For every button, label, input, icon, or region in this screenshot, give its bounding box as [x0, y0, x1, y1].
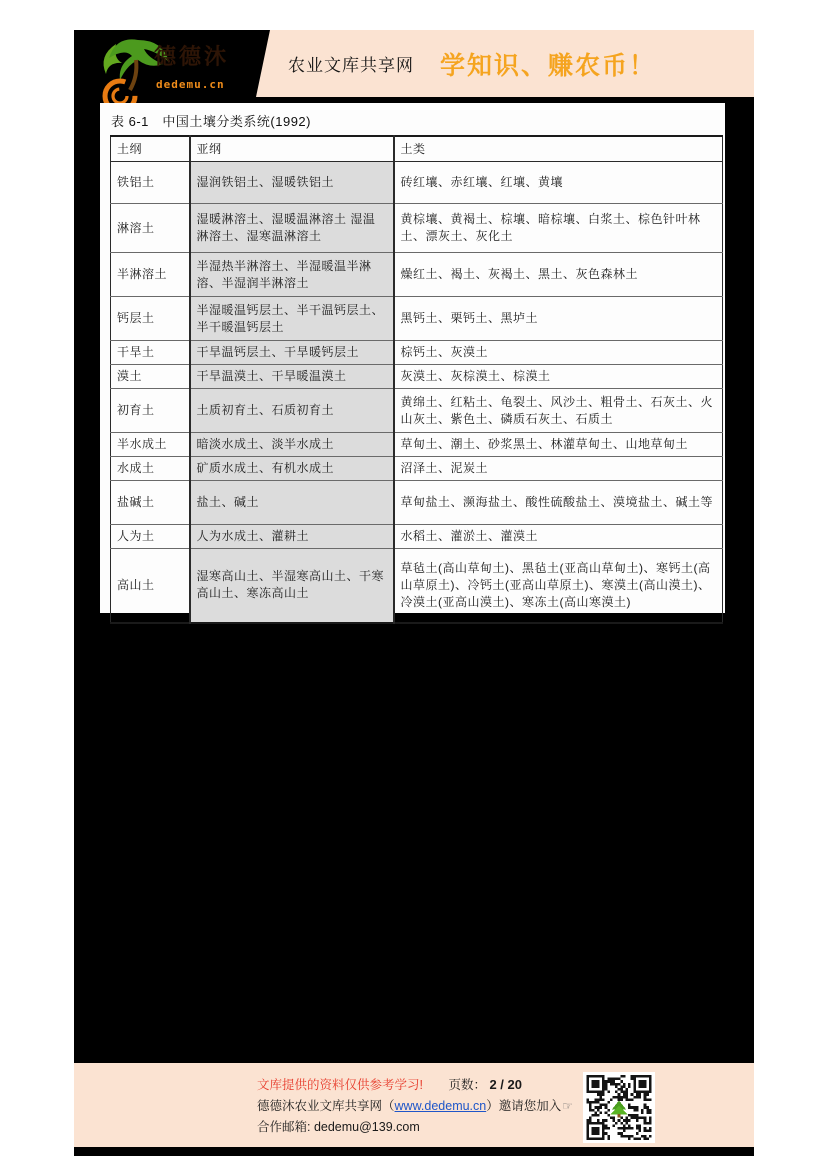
soil-group-cell: 砖红壤、赤红壤、红壤、黄壤	[394, 162, 723, 204]
soil-group-cell: 灰漠土、灰棕漠土、棕漠土	[394, 365, 723, 389]
table-row: 水成土矿质水成土、有机水成土沼泽土、泥炭土	[111, 457, 723, 481]
page-number: 2 / 20	[489, 1077, 522, 1092]
table-title: 表 6-1 中国土壤分类系统(1992)	[111, 111, 725, 130]
soil-order-cell: 人为土	[111, 525, 190, 549]
soil-order-cell: 水成土	[111, 457, 190, 481]
header-banner: 农业文库共享网 学知识、赚农币！	[256, 30, 754, 97]
table-row: 半淋溶土半湿热半淋溶土、半湿暖温半淋溶、半湿润半淋溶土燥红土、褐土、灰褐土、黑土…	[111, 253, 723, 297]
contact-email-text: 合作邮箱: dedemu@139.com	[257, 1120, 420, 1134]
table-row: 淋溶土湿暖淋溶土、湿暖温淋溶土 湿温淋溶土、湿寒温淋溶土黄棕壤、黄褐土、棕壤、暗…	[111, 204, 723, 253]
soil-suborder-cell: 人为水成土、灌耕土	[190, 525, 394, 549]
brand-domain-text: dedemu.cn	[156, 78, 225, 91]
column-header: 亚纲	[190, 136, 394, 162]
site-name: 农业文库共享网	[288, 51, 414, 76]
table-row: 半水成土暗淡水成土、淡半水成土草甸土、潮土、砂浆黑土、林灌草甸土、山地草甸土	[111, 433, 723, 457]
table-row: 钙层土半湿暖温钙层土、半干温钙层土、半干暖温钙层土黑钙土、栗钙土、黑垆土	[111, 297, 723, 341]
soil-suborder-cell: 干旱温钙层土、干旱暖钙层土	[190, 341, 394, 365]
soil-suborder-cell: 湿暖淋溶土、湿暖温淋溶土 湿温淋溶土、湿寒温淋溶土	[190, 204, 394, 253]
soil-order-cell: 盐碱土	[111, 481, 190, 525]
invite-prefix: 德德沐农业文库共享网（	[257, 1099, 395, 1113]
soil-order-cell: 淋溶土	[111, 204, 190, 253]
soil-order-cell: 漠土	[111, 365, 190, 389]
table-row: 铁铝土湿润铁铝土、湿暖铁铝土砖红壤、赤红壤、红壤、黄壤	[111, 162, 723, 204]
table-row: 盐碱土盐土、碱土草甸盐土、濒海盐土、酸性硫酸盐土、漠境盐土、碱土等	[111, 481, 723, 525]
site-slogan: 学知识、赚农币！	[440, 46, 656, 82]
soil-order-cell: 高山土	[111, 549, 190, 623]
soil-suborder-cell: 土质初育土、石质初育土	[190, 389, 394, 433]
pointer-hand-icon: ☞	[562, 1099, 573, 1113]
soil-suborder-cell: 湿寒高山土、半湿寒高山土、干寒高山土、寒冻高山土	[190, 549, 394, 623]
soil-order-cell: 干旱土	[111, 341, 190, 365]
soil-suborder-cell: 暗淡水成土、淡半水成土	[190, 433, 394, 457]
soil-suborder-cell: 盐土、碱土	[190, 481, 394, 525]
disclaimer-text: 文库提供的资料仅供参考学习!	[257, 1078, 423, 1092]
soil-suborder-cell: 矿质水成土、有机水成土	[190, 457, 394, 481]
soil-group-cell: 草甸盐土、濒海盐土、酸性硫酸盐土、漠境盐土、碱土等	[394, 481, 723, 525]
table-row: 漠土干旱温漠土、干旱暖温漠土灰漠土、灰棕漠土、棕漠土	[111, 365, 723, 389]
brand-name-text: 德德沐	[154, 40, 229, 71]
footer-banner: 文库提供的资料仅供参考学习! 页数： 2 / 20 德德沐农业文库共享网（www…	[74, 1063, 754, 1147]
soil-group-cell: 燥红土、褐土、灰褐土、黑土、灰色森林土	[394, 253, 723, 297]
soil-classification-table: 土纲 亚纲 土类 铁铝土湿润铁铝土、湿暖铁铝土砖红壤、赤红壤、红壤、黄壤淋溶土湿…	[110, 135, 723, 624]
soil-order-cell: 初育土	[111, 389, 190, 433]
soil-group-cell: 草甸土、潮土、砂浆黑土、林灌草甸土、山地草甸土	[394, 433, 723, 457]
soil-group-cell: 黄绵土、红粘土、龟裂土、风沙土、粗骨土、石灰土、火山灰土、紫色土、磷质石灰土、石…	[394, 389, 723, 433]
table-row: 人为土人为水成土、灌耕土水稻土、灌淤土、灌漠土	[111, 525, 723, 549]
footer-invite-line: 德德沐农业文库共享网（www.dedemu.cn）邀请您加入☞	[257, 1096, 573, 1117]
footer-contact-line: 合作邮箱: dedemu@139.com	[257, 1117, 573, 1138]
soil-suborder-cell: 半湿热半淋溶土、半湿暖温半淋溶、半湿润半淋溶土	[190, 253, 394, 297]
soil-group-cell: 水稻土、灌淤土、灌漠土	[394, 525, 723, 549]
table-header-row: 土纲 亚纲 土类	[111, 136, 723, 162]
footer-disclaimer-line: 文库提供的资料仅供参考学习! 页数： 2 / 20	[257, 1074, 573, 1096]
invite-suffix: ）邀请您加入	[486, 1099, 561, 1113]
soil-suborder-cell: 半湿暖温钙层土、半干温钙层土、半干暖温钙层土	[190, 297, 394, 341]
soil-suborder-cell: 湿润铁铝土、湿暖铁铝土	[190, 162, 394, 204]
soil-order-cell: 半水成土	[111, 433, 190, 457]
footer-text-block: 文库提供的资料仅供参考学习! 页数： 2 / 20 德德沐农业文库共享网（www…	[257, 1074, 573, 1138]
soil-order-cell: 铁铝土	[111, 162, 190, 204]
soil-group-cell: 黑钙土、栗钙土、黑垆土	[394, 297, 723, 341]
table-row: 高山土湿寒高山土、半湿寒高山土、干寒高山土、寒冻高山土草毡土(高山草甸土)、黑毡…	[111, 549, 723, 623]
table-row: 初育土土质初育土、石质初育土黄绵土、红粘土、龟裂土、风沙土、粗骨土、石灰土、火山…	[111, 389, 723, 433]
column-header: 土纲	[111, 136, 190, 162]
pages-label: 页数：	[448, 1078, 486, 1092]
column-header: 土类	[394, 136, 723, 162]
qr-code	[583, 1072, 655, 1143]
soil-suborder-cell: 干旱温漠土、干旱暖温漠土	[190, 365, 394, 389]
site-url-link[interactable]: www.dedemu.cn	[395, 1099, 487, 1113]
soil-group-cell: 草毡土(高山草甸土)、黑毡土(亚高山草甸土)、寒钙土(高山草原土)、冷钙土(亚高…	[394, 549, 723, 623]
soil-group-cell: 黄棕壤、黄褐土、棕壤、暗棕壤、白浆土、棕色针叶林土、漂灰土、灰化土	[394, 204, 723, 253]
soil-table-body: 铁铝土湿润铁铝土、湿暖铁铝土砖红壤、赤红壤、红壤、黄壤淋溶土湿暖淋溶土、湿暖温淋…	[111, 162, 723, 623]
document-page: 表 6-1 中国土壤分类系统(1992) 土纲 亚纲 土类 铁铝土湿润铁铝土、湿…	[100, 103, 725, 613]
soil-group-cell: 沼泽土、泥炭土	[394, 457, 723, 481]
table-row: 干旱土干旱温钙层土、干旱暖钙层土棕钙土、灰漠土	[111, 341, 723, 365]
soil-order-cell: 半淋溶土	[111, 253, 190, 297]
page-frame: 德德沐 dedemu.cn 农业文库共享网 学知识、赚农币！ 表 6-1 中国土…	[74, 30, 754, 1156]
soil-order-cell: 钙层土	[111, 297, 190, 341]
soil-group-cell: 棕钙土、灰漠土	[394, 341, 723, 365]
